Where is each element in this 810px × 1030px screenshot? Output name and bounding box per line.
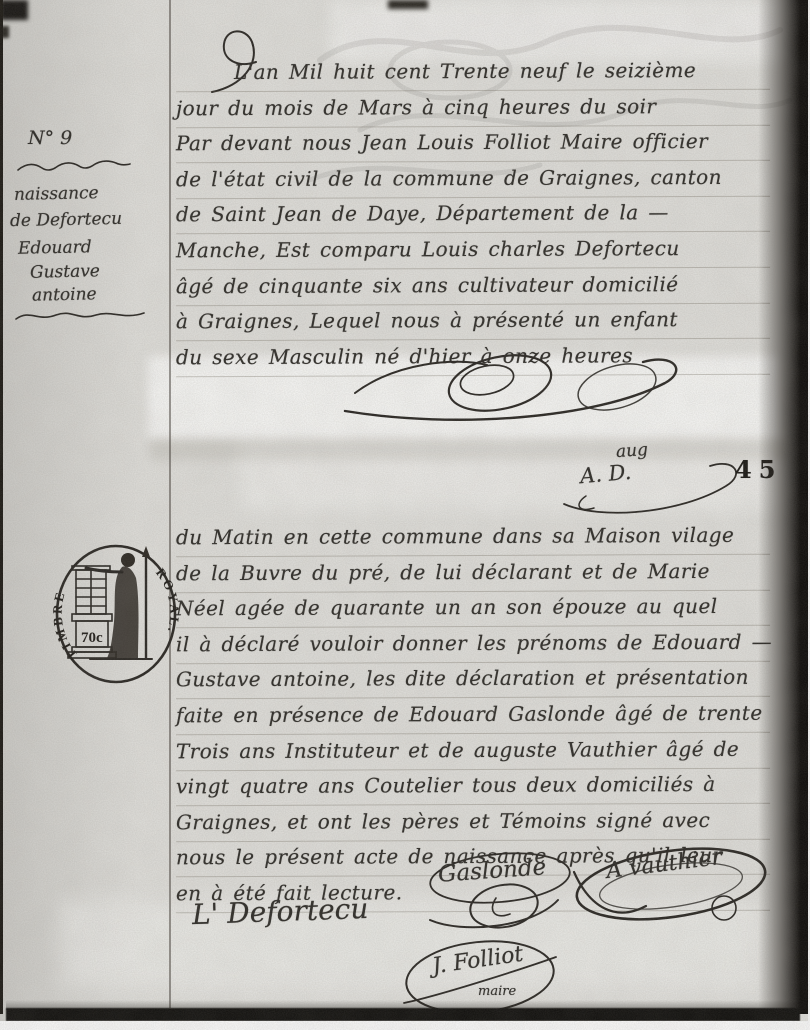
- act-line: jour du mois de Mars à cinq heures du so…: [176, 89, 770, 127]
- act-line: de l'état civil de la commune de Graigne…: [176, 160, 770, 198]
- act-line: de la Buvre du pré, de lui déclarant et …: [176, 554, 770, 592]
- signature-father: L' Defortecu: [191, 892, 368, 931]
- margin-rule-line: [169, 0, 171, 1008]
- act-line: Par devant nous Jean Louis Folliot Maire…: [176, 125, 770, 163]
- registry-initials: A. D.: [579, 460, 632, 488]
- scan-blemish: [0, 0, 28, 20]
- act-line: de Saint Jean de Daye, Département de la…: [176, 196, 770, 234]
- act-line: faite en présence de Edouard Gaslonde âg…: [176, 697, 770, 735]
- margin-title-line: naissance: [14, 181, 99, 207]
- margin-title-line: antoine: [32, 282, 97, 307]
- act-line: à Graignes, Lequel nous à présenté un en…: [176, 303, 770, 341]
- margin-title-line: Edouard: [18, 235, 92, 261]
- signature-mayor-title: maire: [478, 984, 516, 999]
- margin-title-line: de Defortecu: [10, 207, 123, 233]
- margin-annotation: N° 9 naissance de Defortecu Edouard Gust…: [8, 124, 168, 334]
- scan-border-bottom: [0, 1021, 810, 1030]
- paraph-flourish: [335, 345, 725, 430]
- act-line: Graignes, et ont les pères et Témoins si…: [176, 803, 770, 841]
- margin-flourish-bottom: [12, 306, 152, 326]
- act-line: L'an Mil huit cent Trente neuf le seiziè…: [176, 54, 770, 92]
- act-line: Manche, Est comparu Louis charles Defort…: [176, 232, 770, 270]
- scan-blemish: [388, 0, 428, 9]
- stamp-denomination: 70c: [81, 630, 103, 646]
- act-line: Gustave antoine, les dite déclaration et…: [176, 661, 770, 699]
- document-scan-page: N° 9 naissance de Defortecu Edouard Gust…: [0, 0, 810, 1030]
- act-line: vingt quatre ans Coutelier tous deux dom…: [176, 768, 770, 806]
- scan-edge-left: [0, 0, 3, 1014]
- act-number: N° 9: [28, 126, 72, 150]
- timbre-royal-stamp: TIMBRE ROYAL. 70c: [50, 540, 182, 688]
- scan-edge-right: [758, 0, 808, 1014]
- scan-edge-bottom: [6, 1008, 800, 1021]
- act-line: du Matin en cette commune dans sa Maison…: [176, 519, 770, 557]
- act-body-part1: L'an Mil huit cent Trente neuf le seiziè…: [176, 55, 770, 375]
- margin-flourish-top: [14, 158, 134, 176]
- act-line: Néel agée de quarante un an son épouze a…: [176, 590, 770, 628]
- act-line: âgé de cinquante six ans cultivateur dom…: [176, 267, 770, 305]
- margin-title-line: Gustave: [30, 259, 100, 284]
- act-line: Trois ans Instituteur et de auguste Vaut…: [176, 732, 770, 770]
- act-line: il à déclaré vouloir donner les prénoms …: [176, 625, 770, 663]
